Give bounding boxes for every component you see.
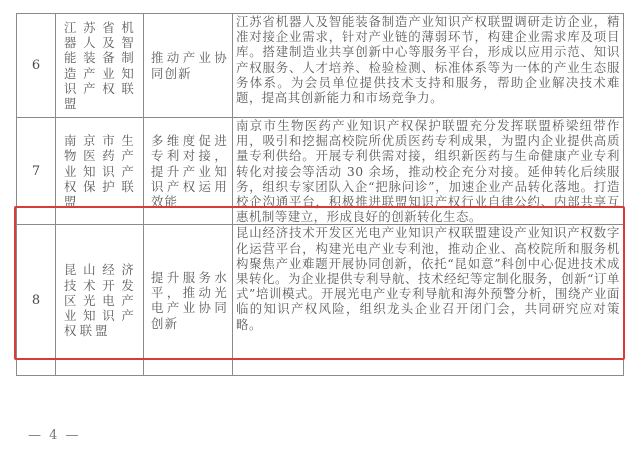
row-number: 8 (17, 225, 56, 376)
alliance-goal: 多维度促进专利对接，提升产业知识产权运用效能 (144, 118, 233, 225)
alliance-description: 昆山经济技术开发区光电产业知识产权联盟建设产业知识产权数字化运营平台，构建光电产… (233, 225, 624, 376)
alliance-goal: 推动产业协同创新 (144, 14, 233, 118)
row-number: 7 (17, 118, 56, 225)
alliance-name: 江苏省机器人及智能装备制造产业知识产权联盟 (56, 14, 144, 118)
table-row: 6 江苏省机器人及智能装备制造产业知识产权联盟 推动产业协同创新 江苏省机器人及… (17, 14, 624, 118)
table-row: 7 南京市生物医药产业知识产权保护联盟 多维度促进专利对接，提升产业知识产权运用… (17, 118, 624, 225)
alliance-name: 昆山经济技术开发区光电产业知识产权联盟 (56, 225, 144, 376)
page-number: — 4 — (28, 428, 81, 443)
table-row-highlighted: 8 昆山经济技术开发区光电产业知识产权联盟 提升服务水平，推动光电产业协同创新 … (17, 225, 624, 376)
alliance-goal: 提升服务水平，推动光电产业协同创新 (144, 225, 233, 376)
alliance-name: 南京市生物医药产业知识产权保护联盟 (56, 118, 144, 225)
alliance-description: 江苏省机器人及智能装备制造产业知识产权联盟调研走访企业，精准对接企业需求，针对产… (233, 14, 624, 118)
row-number: 6 (17, 14, 56, 118)
alliance-table: 6 江苏省机器人及智能装备制造产业知识产权联盟 推动产业协同创新 江苏省机器人及… (16, 13, 624, 376)
alliance-description: 南京市生物医药产业知识产权保护联盟充分发挥联盟桥梁纽带作用，吸引和挖掘高校院所优… (233, 118, 624, 225)
